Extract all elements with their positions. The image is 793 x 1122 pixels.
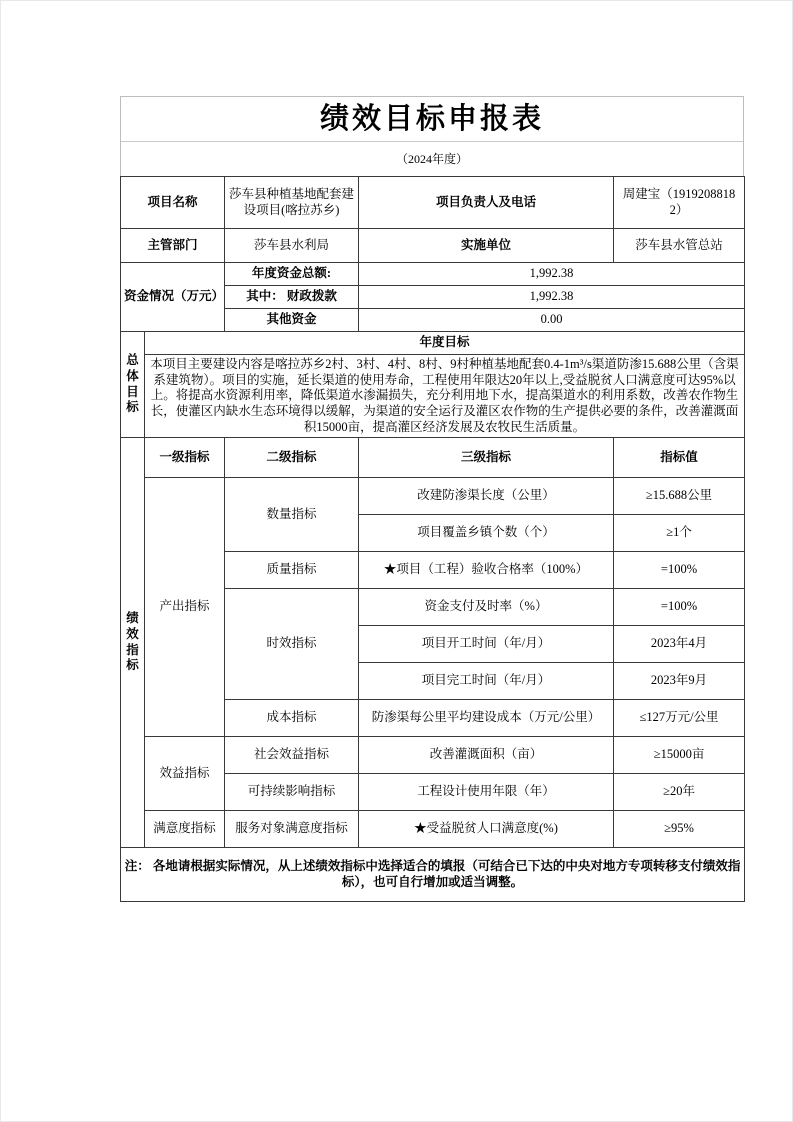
funding-total-value: 1,992.38	[359, 263, 745, 286]
impl-unit-label: 实施单位	[359, 229, 614, 263]
level1-satisfaction: 满意度指标	[145, 811, 225, 848]
indicator-name: 项目开工时间（年/月）	[359, 626, 614, 663]
table-row: 本项目主要建设内容是喀拉苏乡2村、3村、4村、8村、9村种植基地配套0.4-1m…	[121, 355, 745, 438]
header-level2: 二级指标	[225, 438, 359, 478]
project-name-label: 项目名称	[121, 177, 225, 229]
funding-label: 资金情况（万元）	[121, 263, 225, 332]
level2-sustain: 可持续影响指标	[225, 774, 359, 811]
table-row: 绩效指标 一级指标 二级指标 三级指标 指标值	[121, 438, 745, 478]
indicator-name: 项目覆盖乡镇个数（个）	[359, 515, 614, 552]
indicator-value: ≥20年	[614, 774, 745, 811]
annual-goal-header: 年度目标	[145, 332, 745, 355]
indicator-value: ≥95%	[614, 811, 745, 848]
header-level3: 三级指标	[359, 438, 614, 478]
table-row: 项目名称 莎车县种植基地配套建设项目(喀拉苏乡) 项目负责人及电话 周建宝（19…	[121, 177, 745, 229]
level1-output: 产出指标	[145, 478, 225, 737]
dept-value: 莎车县水利局	[225, 229, 359, 263]
impl-unit-value: 莎车县水管总站	[614, 229, 745, 263]
header-level1: 一级指标	[145, 438, 225, 478]
footnote: 注： 各地请根据实际情况，从上述绩效指标中选择适合的填报（可结合已下达的中央对地…	[121, 848, 745, 902]
indicator-name: ★项目（工程）验收合格率（100%）	[359, 552, 614, 589]
indicator-name: ★受益脱贫人口满意度(%)	[359, 811, 614, 848]
funding-other-label: 其他资金	[225, 309, 359, 332]
indicator-name: 改建防渗渠长度（公里）	[359, 478, 614, 515]
page-title: 绩效目标申报表	[121, 97, 743, 141]
level2-cost: 成本指标	[225, 700, 359, 737]
manager-label: 项目负责人及电话	[359, 177, 614, 229]
funding-total-label: 年度资金总额:	[225, 263, 359, 286]
indicator-value: ≤127万元/公里	[614, 700, 745, 737]
document-page: { "title": "绩效目标申报表", "subtitle": "（2024…	[0, 0, 793, 1122]
funding-fiscal-label: 其中： 财政拨款	[225, 286, 359, 309]
indicator-name: 改善灌溉面积（亩）	[359, 737, 614, 774]
page-subtitle: （2024年度）	[121, 141, 743, 176]
level2-quantity: 数量指标	[225, 478, 359, 552]
funding-fiscal-value: 1,992.38	[359, 286, 745, 309]
perf-side-label: 绩效指标	[121, 438, 145, 848]
table-row: 满意度指标 服务对象满意度指标 ★受益脱贫人口满意度(%) ≥95%	[121, 811, 745, 848]
manager-value: 周建宝（19192088182）	[614, 177, 745, 229]
table-row: 产出指标 数量指标 改建防渗渠长度（公里） ≥15.688公里	[121, 478, 745, 515]
declaration-table: 项目名称 莎车县种植基地配套建设项目(喀拉苏乡) 项目负责人及电话 周建宝（19…	[120, 176, 745, 902]
table-row: 资金情况（万元） 年度资金总额: 1,992.38	[121, 263, 745, 286]
table-row: 总体目标 年度目标	[121, 332, 745, 355]
indicator-value: =100%	[614, 589, 745, 626]
indicator-value: =100%	[614, 552, 745, 589]
title-block: 绩效目标申报表 （2024年度）	[120, 96, 744, 176]
indicator-value: 2023年9月	[614, 663, 745, 700]
level2-quality: 质量指标	[225, 552, 359, 589]
level1-benefit: 效益指标	[145, 737, 225, 811]
table-row: 主管部门 莎车县水利局 实施单位 莎车县水管总站	[121, 229, 745, 263]
funding-other-value: 0.00	[359, 309, 745, 332]
table-row: 效益指标 社会效益指标 改善灌溉面积（亩） ≥15000亩	[121, 737, 745, 774]
indicator-value: 2023年4月	[614, 626, 745, 663]
indicator-name: 项目完工时间（年/月）	[359, 663, 614, 700]
table-row: 注： 各地请根据实际情况，从上述绩效指标中选择适合的填报（可结合已下达的中央对地…	[121, 848, 745, 902]
dept-label: 主管部门	[121, 229, 225, 263]
indicator-value: ≥15000亩	[614, 737, 745, 774]
header-value: 指标值	[614, 438, 745, 478]
indicator-name: 防渗渠每公里平均建设成本（万元/公里）	[359, 700, 614, 737]
indicator-name: 工程设计使用年限（年）	[359, 774, 614, 811]
indicator-value: ≥1个	[614, 515, 745, 552]
indicator-value: ≥15.688公里	[614, 478, 745, 515]
level2-social: 社会效益指标	[225, 737, 359, 774]
overall-goal-side-label: 总体目标	[121, 332, 145, 438]
indicator-name: 资金支付及时率（%）	[359, 589, 614, 626]
level2-service: 服务对象满意度指标	[225, 811, 359, 848]
form-sheet: 绩效目标申报表 （2024年度） 项目名称 莎车县种植基地配套建设项目(喀拉苏乡…	[120, 96, 744, 902]
project-name-value: 莎车县种植基地配套建设项目(喀拉苏乡)	[225, 177, 359, 229]
annual-goal-text: 本项目主要建设内容是喀拉苏乡2村、3村、4村、8村、9村种植基地配套0.4-1m…	[145, 355, 745, 438]
level2-timeliness: 时效指标	[225, 589, 359, 700]
